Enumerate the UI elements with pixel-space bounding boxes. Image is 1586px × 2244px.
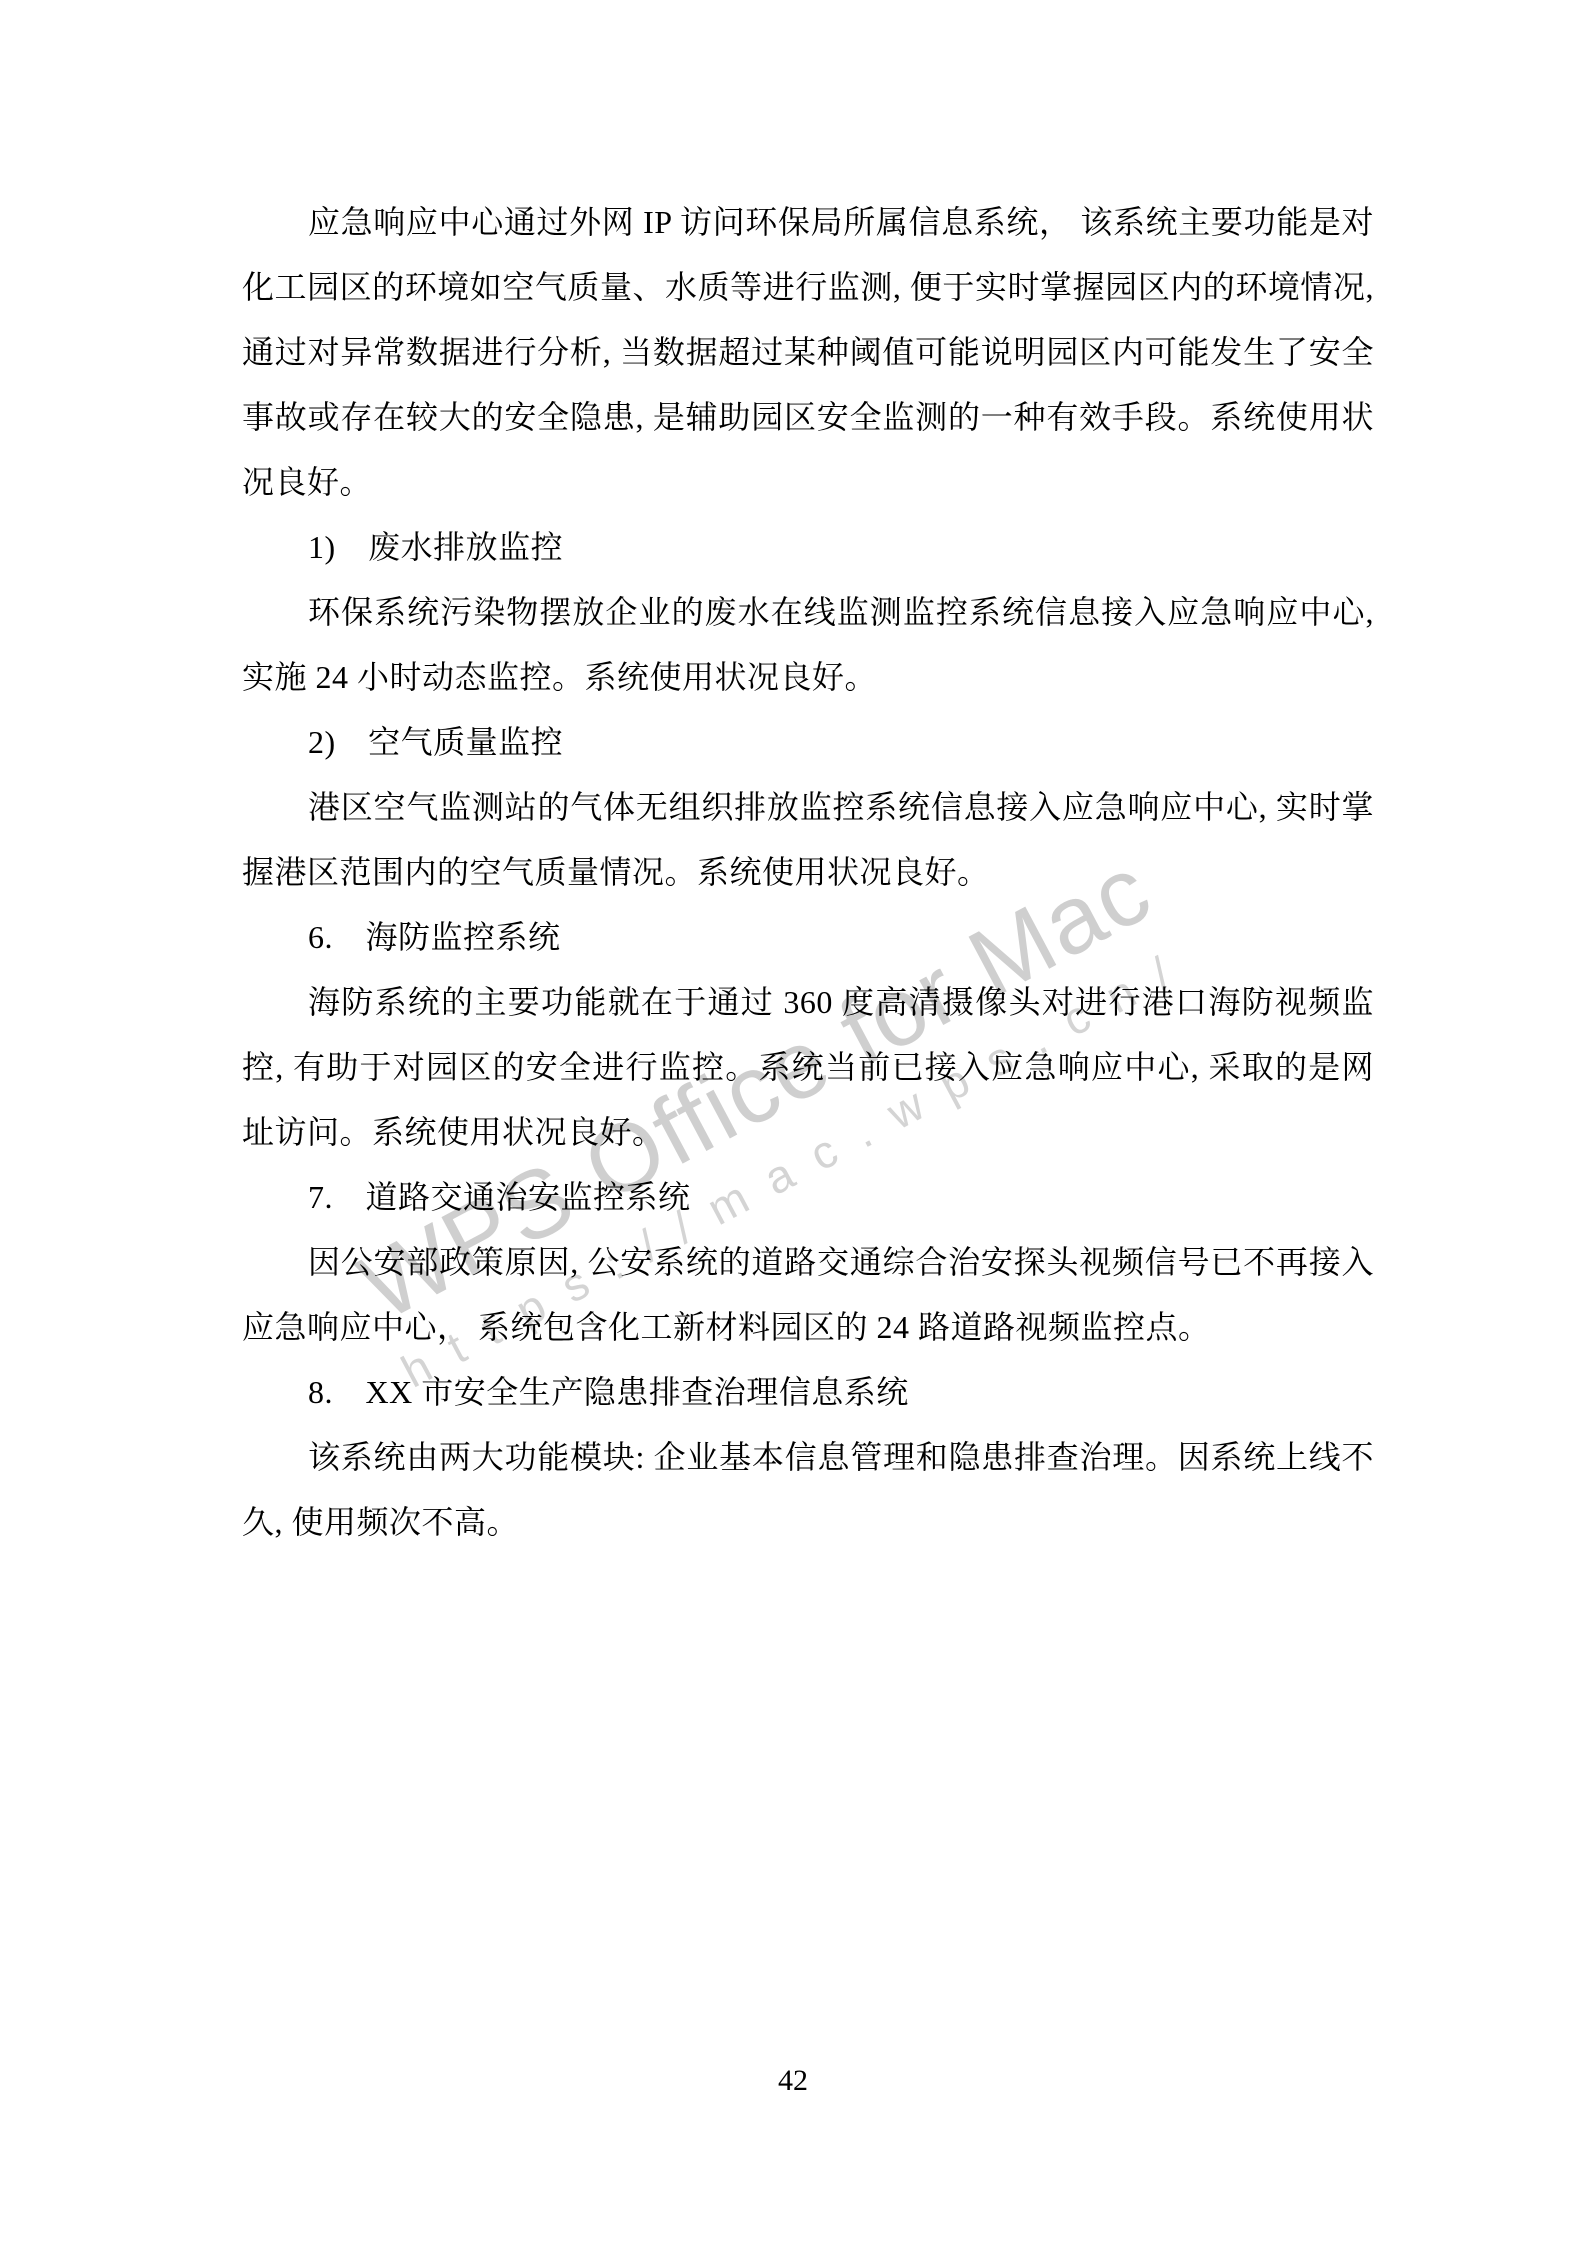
text-line: 8. XX 市安全生产隐患排查治理信息系统 [242, 1360, 1374, 1425]
text-line: 环保系统污染物摆放企业的废水在线监测监控系统信息接入应急响应中心, [242, 580, 1374, 645]
text-line: 况良好。 [242, 450, 1374, 515]
document-page: WPS Office for Mac https://mac.wps.cn/ 应… [0, 0, 1586, 2244]
text-line: 2) 空气质量监控 [242, 710, 1374, 775]
text-line: 通过对异常数据进行分析, 当数据超过某种阈值可能说明园区内可能发生了安全 [242, 320, 1374, 385]
page-number: 42 [0, 2048, 1586, 2113]
text-line: 因公安部政策原因, 公安系统的道路交通综合治安探头视频信号已不再接入 [242, 1230, 1374, 1295]
text-line: 址访问。系统使用状况良好。 [242, 1100, 1374, 1165]
text-line: 6. 海防监控系统 [242, 905, 1374, 970]
text-line: 握港区范围内的空气质量情况。系统使用状况良好。 [242, 840, 1374, 905]
text-line: 海防系统的主要功能就在于通过 360 度高清摄像头对进行港口海防视频监 [242, 970, 1374, 1035]
document-body: 应急响应中心通过外网 IP 访问环保局所属信息系统， 该系统主要功能是对化工园区… [242, 190, 1374, 1555]
text-line: 港区空气监测站的气体无组织排放监控系统信息接入应急响应中心, 实时掌 [242, 775, 1374, 840]
text-line: 1) 废水排放监控 [242, 515, 1374, 580]
text-line: 实施 24 小时动态监控。系统使用状况良好。 [242, 645, 1374, 710]
text-line: 控, 有助于对园区的安全进行监控。系统当前已接入应急响应中心, 采取的是网 [242, 1035, 1374, 1100]
text-line: 事故或存在较大的安全隐患, 是辅助园区安全监测的一种有效手段。系统使用状 [242, 385, 1374, 450]
text-line: 7. 道路交通治安监控系统 [242, 1165, 1374, 1230]
text-line: 该系统由两大功能模块: 企业基本信息管理和隐患排查治理。因系统上线不 [242, 1425, 1374, 1490]
text-line: 应急响应中心， 系统包含化工新材料园区的 24 路道路视频监控点。 [242, 1295, 1374, 1360]
text-line: 化工园区的环境如空气质量、水质等进行监测, 便于实时掌握园区内的环境情况, [242, 255, 1374, 320]
text-line: 应急响应中心通过外网 IP 访问环保局所属信息系统， 该系统主要功能是对 [242, 190, 1374, 255]
text-line: 久, 使用频次不高。 [242, 1490, 1374, 1555]
